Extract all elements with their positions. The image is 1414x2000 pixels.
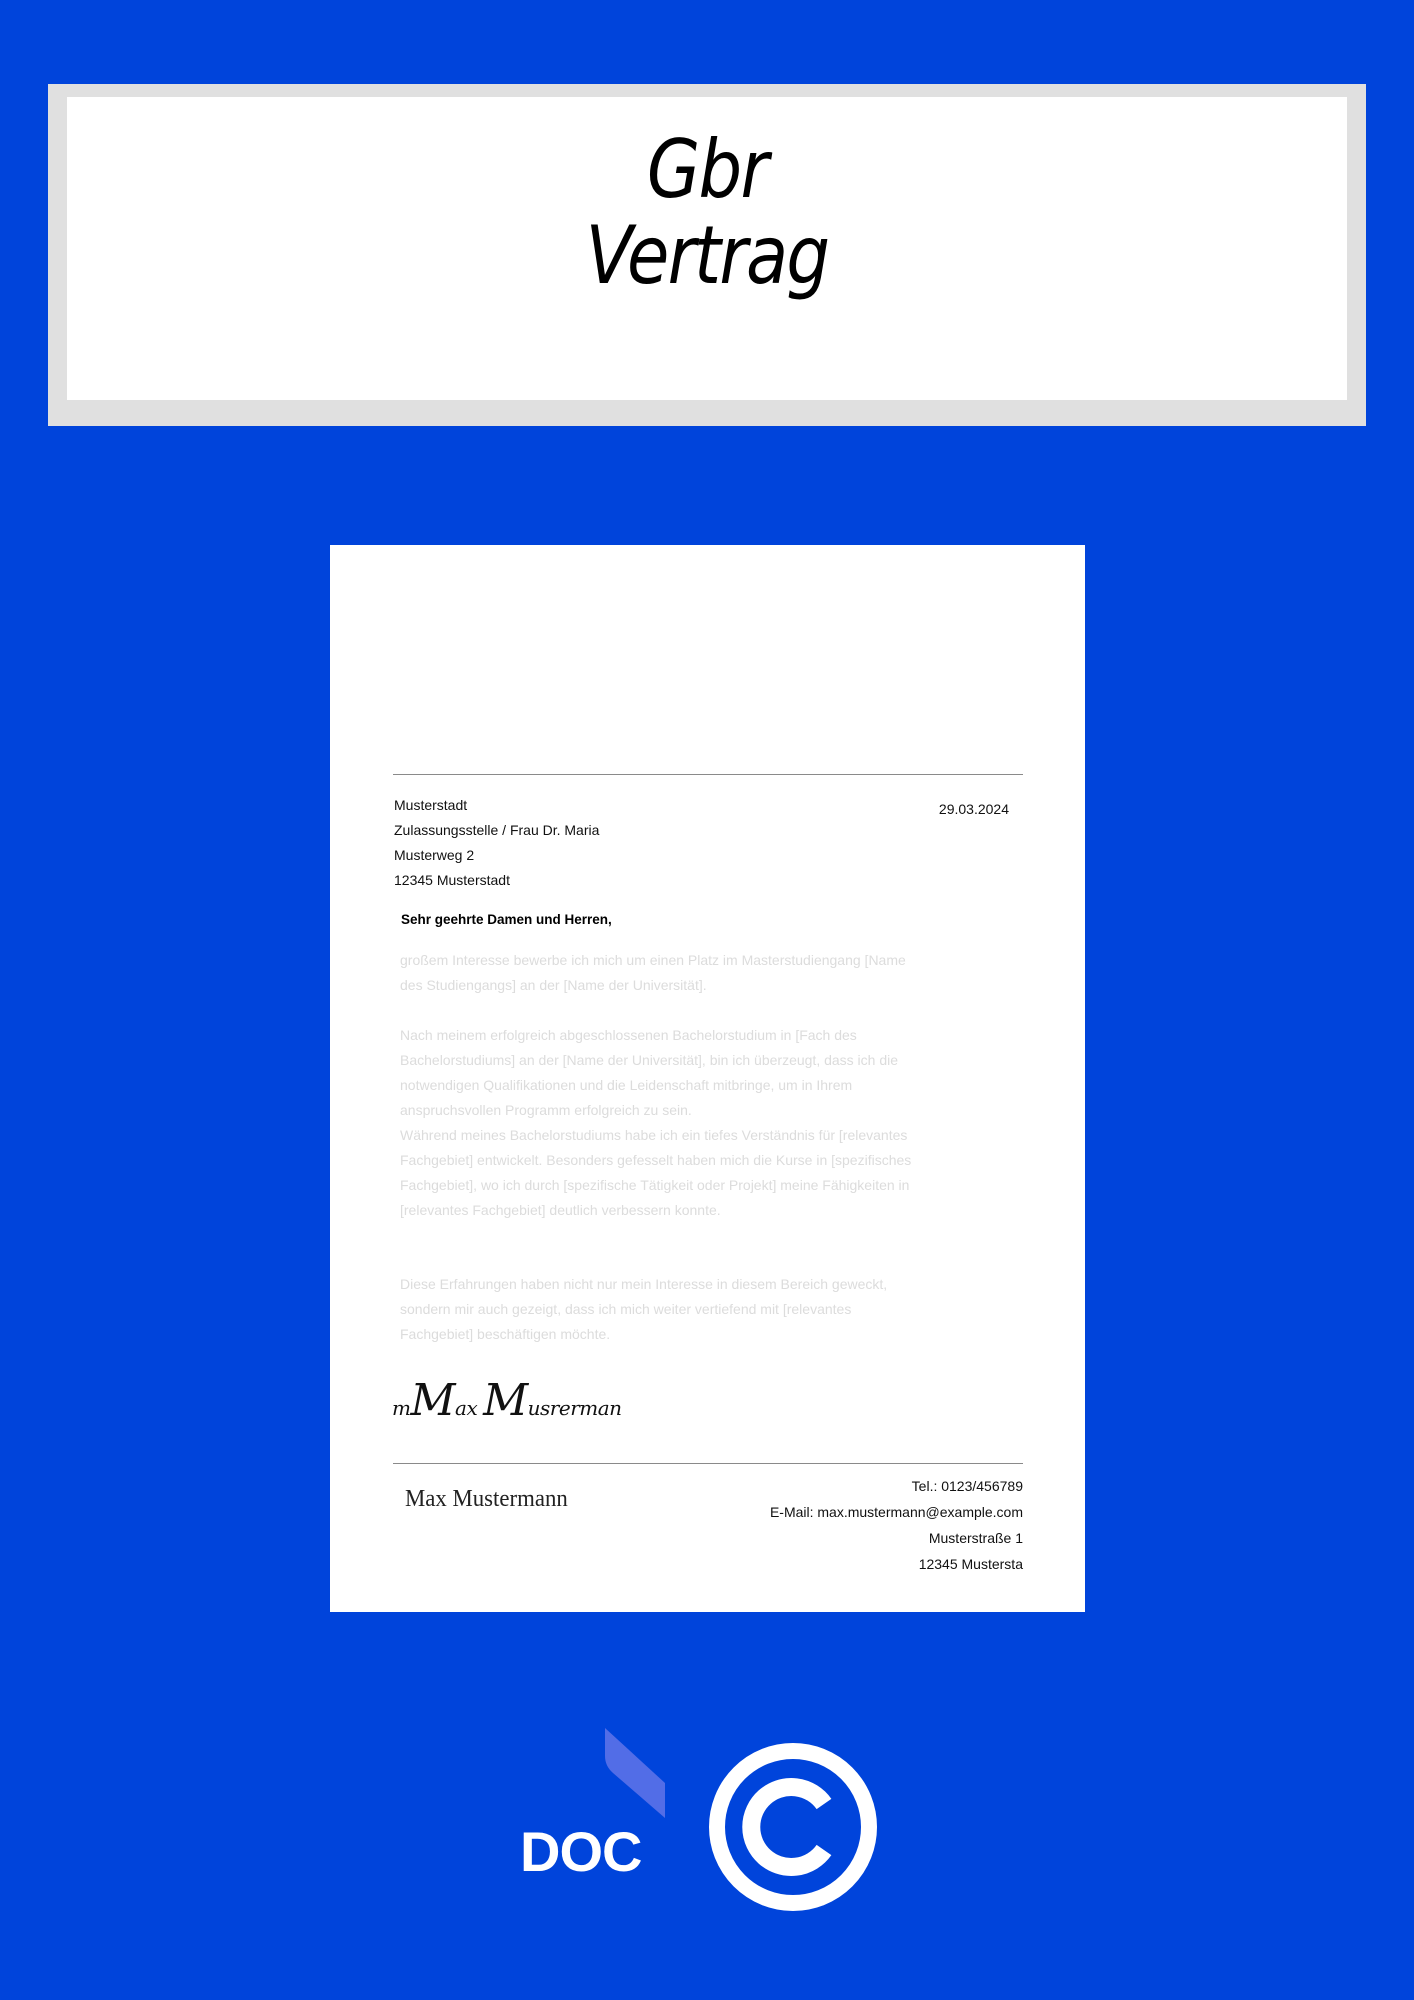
sender-name: Max Mustermann: [405, 1486, 568, 1513]
signature-part: ax: [455, 1396, 477, 1420]
contact-phone: Tel.: 0123/456789: [770, 1473, 1023, 1499]
text-line: [relevantes Fachgebiet] deutlich verbess…: [400, 1198, 1000, 1223]
salutation: Sehr geehrte Damen und Herren,: [401, 912, 612, 927]
page-title: Gbr Vertrag: [157, 127, 1258, 299]
paragraph-2: Nach meinem erfolgreich abgeschlossenen …: [400, 1023, 1000, 1223]
text-line: Fachgebiet] entwickelt. Besonders gefess…: [400, 1148, 1000, 1173]
text-line: Fachgebiet] beschäftigen möchte.: [400, 1322, 1000, 1347]
title-line-1: Gbr: [157, 127, 1258, 213]
title-banner-frame: Gbr Vertrag: [48, 84, 1366, 426]
recipient-line: Musterstadt: [394, 793, 599, 818]
text-line: Bachelorstudiums] an der [Name der Unive…: [400, 1048, 1000, 1073]
title-banner: Gbr Vertrag: [67, 97, 1347, 400]
text-line: anspruchsvollen Programm erfolgreich zu …: [400, 1098, 1000, 1123]
signature-part: m: [392, 1396, 410, 1420]
text-line: notwendigen Qualifikationen und die Leid…: [400, 1073, 1000, 1098]
text-line: Während meines Bachelorstudiums habe ich…: [400, 1123, 1000, 1148]
signature-part: usrerman: [528, 1396, 622, 1420]
doc-label: DOC: [520, 1819, 641, 1884]
text-line: sondern mir auch gezeigt, dass ich mich …: [400, 1297, 1000, 1322]
paragraph-3: Diese Erfahrungen haben nicht nur mein I…: [400, 1272, 1000, 1347]
recipient-line: Zulassungsstelle / Frau Dr. Maria: [394, 818, 599, 843]
title-line-2: Vertrag: [157, 213, 1258, 299]
recipient-line: Musterweg 2: [394, 843, 599, 868]
letter-preview: Musterstadt Zulassungsstelle / Frau Dr. …: [330, 545, 1085, 1612]
text-line: Fachgebiet], wo ich durch [spezifische T…: [400, 1173, 1000, 1198]
signature-part: M: [410, 1375, 455, 1426]
signature-part: M: [483, 1375, 528, 1426]
text-line: Nach meinem erfolgreich abgeschlossenen …: [400, 1023, 1000, 1048]
recipient-line: 12345 Musterstadt: [394, 868, 599, 893]
text-line: großem Interesse bewerbe ich mich um ein…: [400, 948, 1000, 973]
sender-contact: Tel.: 0123/456789 E-Mail: max.mustermann…: [770, 1473, 1023, 1577]
handwritten-signature: mMax Musrerman: [392, 1375, 622, 1426]
contact-street: Musterstraße 1: [770, 1525, 1023, 1551]
copyright-icon: [707, 1741, 879, 1913]
contact-email: E-Mail: max.mustermann@example.com: [770, 1499, 1023, 1525]
text-line: Diese Erfahrungen haben nicht nur mein I…: [400, 1272, 1000, 1297]
letter-date: 29.03.2024: [939, 799, 1009, 819]
text-line: des Studiengangs] an der [Name der Unive…: [400, 973, 1000, 998]
paragraph-1: großem Interesse bewerbe ich mich um ein…: [400, 948, 1000, 998]
document-fold-icon: [605, 1728, 665, 1818]
brand-logo: DOC: [520, 1728, 880, 1918]
header-divider: [393, 774, 1023, 775]
recipient-address: Musterstadt Zulassungsstelle / Frau Dr. …: [394, 793, 599, 893]
contact-city: 12345 Mustersta: [770, 1551, 1023, 1577]
footer-divider: [393, 1463, 1023, 1464]
